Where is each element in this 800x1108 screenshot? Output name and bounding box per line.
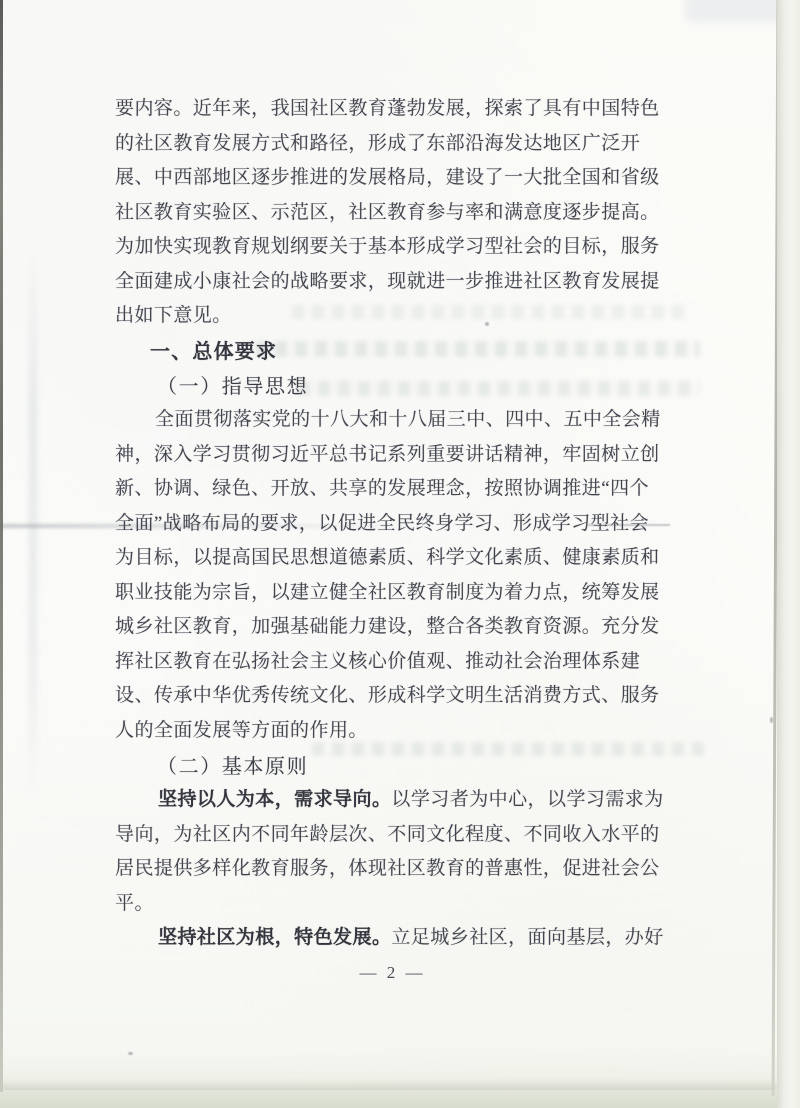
paper-left-edge bbox=[0, 0, 3, 1092]
body-text: 平。 bbox=[115, 893, 154, 914]
text-line: 展、中西部地区逐步推进的发展格局，建设了一大批全国和省级 bbox=[115, 162, 660, 189]
text-line: 平。 bbox=[115, 888, 154, 915]
text-line: 全面建成小康社会的战略要求，现就进一步推进社区教育发展提 bbox=[115, 266, 660, 293]
text-line: 导向，为社区内不同年龄层次、不同文化程度、不同收入水平的 bbox=[115, 819, 660, 846]
body-text: 为加快实现教育规划纲要关于基本形成学习型社会的目标，服务 bbox=[115, 236, 660, 257]
text-line: 全面贯彻落实党的十八大和十八届三中、四中、五中全会精 bbox=[155, 404, 661, 431]
body-text: 导向，为社区内不同年龄层次、不同文化程度、不同收入水平的 bbox=[115, 824, 660, 845]
bold-lead-text: 坚持以人为本，需求导向。 bbox=[158, 789, 391, 810]
body-text: 城乡社区教育，加强基础能力建设，整合各类教育资源。充分发 bbox=[115, 616, 660, 637]
sub-heading: （一）指导思想 bbox=[157, 370, 308, 399]
scanner-bed-right bbox=[777, 0, 800, 1108]
page-number: — 2 — bbox=[130, 963, 655, 983]
text-line: 为目标，以提高国民思想道德素质、科学文化素质、健康素质和 bbox=[115, 542, 660, 569]
body-text: 出如下意见。 bbox=[115, 305, 232, 326]
document-text-layer: 要内容。近年来，我国社区教育蓬勃发展，探索了具有中国特色的社区教育发展方式和路径… bbox=[0, 0, 800, 1108]
text-line: 要内容。近年来，我国社区教育蓬勃发展，探索了具有中国特色 bbox=[115, 93, 660, 120]
body-text: 全面建成小康社会的战略要求，现就进一步推进社区教育发展提 bbox=[115, 271, 660, 292]
body-text: 为目标，以提高国民思想道德素质、科学文化素质、健康素质和 bbox=[115, 547, 660, 568]
text-line: 出如下意见。 bbox=[115, 300, 232, 327]
text-line: 设、传承中华优秀传统文化、形成科学文明生活消费方式、服务 bbox=[115, 680, 660, 707]
text-line: 神，深入学习贯彻习近平总书记系列重要讲话精神，牢固树立创 bbox=[115, 439, 660, 466]
body-text: 全面贯彻落实党的十八大和十八届三中、四中、五中全会精 bbox=[155, 409, 661, 430]
body-text: 立足城乡社区，面向基层，办好 bbox=[391, 927, 663, 948]
sub-heading: （二）基本原则 bbox=[157, 750, 308, 779]
body-text: 人的全面发展等方面的作用。 bbox=[115, 720, 368, 741]
body-text: 社区教育实验区、示范区，社区教育参与率和满意度逐步提高。 bbox=[115, 202, 660, 223]
text-line: 的社区教育发展方式和路径，形成了东部沿海发达地区广泛开 bbox=[115, 128, 640, 155]
bold-lead-text: 坚持社区为根，特色发展。 bbox=[158, 927, 391, 948]
text-line: 城乡社区教育，加强基础能力建设，整合各类教育资源。充分发 bbox=[115, 611, 660, 638]
body-text: 全面”战略布局的要求，以促进全民终身学习、形成学习型社会 bbox=[115, 513, 649, 534]
text-line: 居民提供多样化教育服务，体现社区教育的普惠性，促进社会公 bbox=[115, 853, 660, 880]
body-text: 职业技能为宗旨，以建立健全社区教育制度为着力点，统筹发展 bbox=[115, 582, 660, 603]
text-line: 挥社区教育在弘扬社会主义核心价值观、推动社会治理体系建 bbox=[115, 646, 640, 673]
body-text: 以学习者为中心，以学习需求为 bbox=[391, 789, 663, 810]
scanned-document-page: 要内容。近年来，我国社区教育蓬勃发展，探索了具有中国特色的社区教育发展方式和路径… bbox=[0, 0, 800, 1108]
section-heading: 一、总体要求 bbox=[150, 335, 277, 364]
body-text: 要内容。近年来，我国社区教育蓬勃发展，探索了具有中国特色 bbox=[115, 98, 660, 119]
body-text: 居民提供多样化教育服务，体现社区教育的普惠性，促进社会公 bbox=[115, 858, 660, 879]
text-line: 坚持以人为本，需求导向。以学习者为中心，以学习需求为 bbox=[158, 784, 664, 811]
scanner-bed-bottom bbox=[0, 1090, 800, 1108]
text-line: 为加快实现教育规划纲要关于基本形成学习型社会的目标，服务 bbox=[115, 231, 660, 258]
text-line: 职业技能为宗旨，以建立健全社区教育制度为着力点，统筹发展 bbox=[115, 577, 660, 604]
body-text: 展、中西部地区逐步推进的发展格局，建设了一大批全国和省级 bbox=[115, 167, 660, 188]
body-text: 设、传承中华优秀传统文化、形成科学文明生活消费方式、服务 bbox=[115, 685, 660, 706]
text-line: 新、协调、绿色、开放、共享的发展理念，按照协调推进“四个 bbox=[115, 473, 649, 500]
text-line: 坚持社区为根，特色发展。立足城乡社区，面向基层，办好 bbox=[158, 922, 664, 949]
body-text: 神，深入学习贯彻习近平总书记系列重要讲话精神，牢固树立创 bbox=[115, 444, 660, 465]
body-text: 挥社区教育在弘扬社会主义核心价值观、推动社会治理体系建 bbox=[115, 651, 640, 672]
text-line: 全面”战略布局的要求，以促进全民终身学习、形成学习型社会 bbox=[115, 508, 649, 535]
body-text: （二）基本原则 bbox=[157, 756, 308, 778]
body-text: 新、协调、绿色、开放、共享的发展理念，按照协调推进“四个 bbox=[115, 478, 649, 499]
body-text: 的社区教育发展方式和路径，形成了东部沿海发达地区广泛开 bbox=[115, 133, 640, 154]
text-line: 人的全面发展等方面的作用。 bbox=[115, 715, 368, 742]
body-text: （一）指导思想 bbox=[157, 376, 308, 398]
text-line: 社区教育实验区、示范区，社区教育参与率和满意度逐步提高。 bbox=[115, 197, 660, 224]
bold-lead-text: 一、总体要求 bbox=[150, 341, 277, 363]
